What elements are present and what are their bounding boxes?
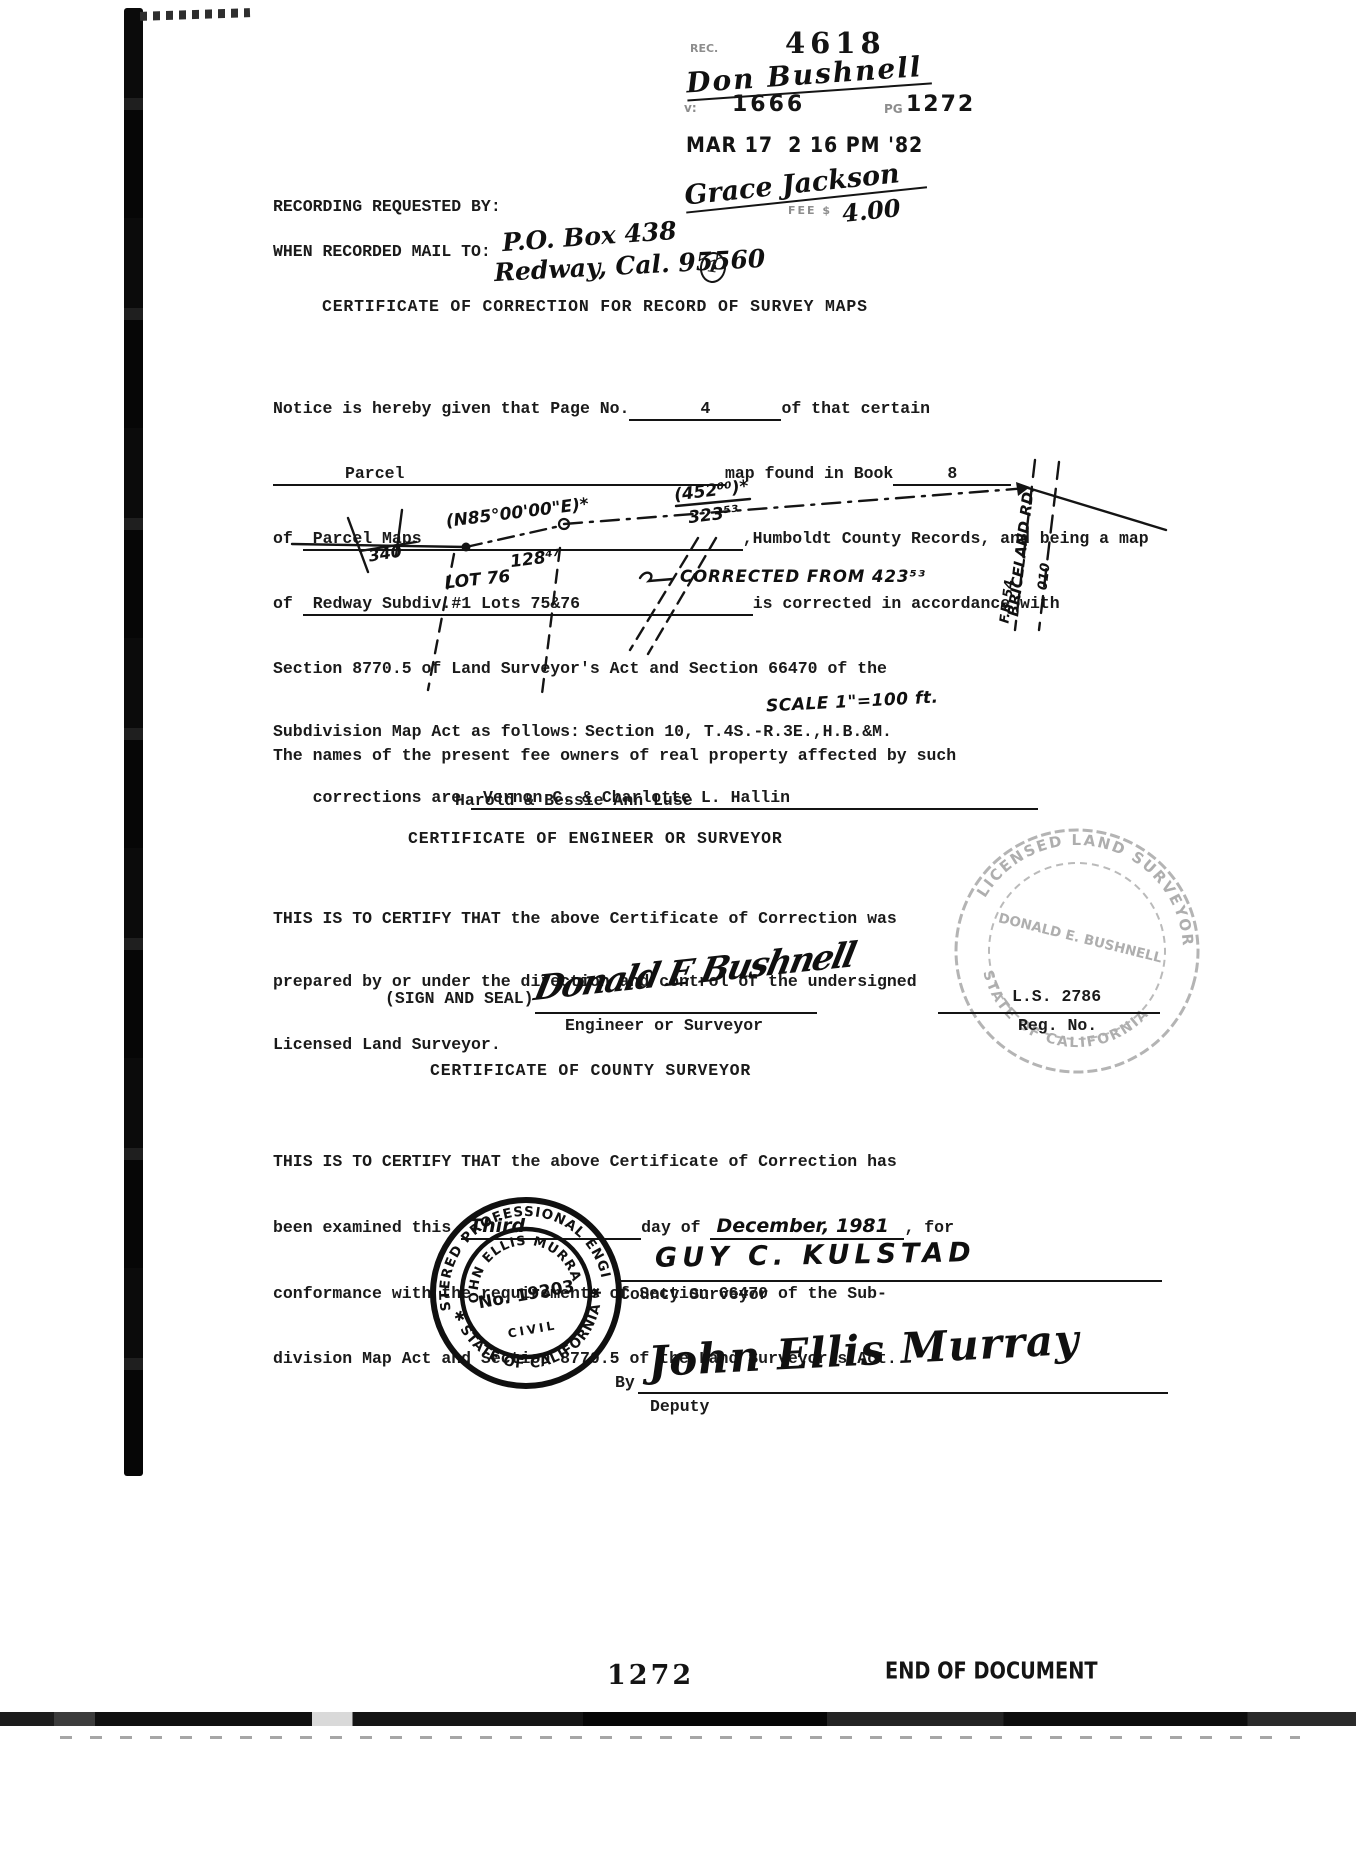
document-title: CERTIFICATE OF CORRECTION FOR RECORD OF … <box>322 296 868 317</box>
owner-2: Harold & Bessie Ann Luse <box>455 790 693 811</box>
double-dashed-line-1 <box>630 538 698 650</box>
measured-distance-label: 323⁵³ <box>687 502 740 528</box>
county-cert-dayof-text: day of <box>641 1218 700 1237</box>
county-surveyor-signature: GUY C. KULSTAD <box>655 1237 976 1274</box>
scan-edge-bar <box>124 8 143 1476</box>
county-cert-body-1: THIS IS TO CERTIFY THAT the above Certif… <box>273 1151 954 1173</box>
notice-line-1: Notice is hereby given that Page No.4of … <box>273 398 1149 421</box>
date-time-stamp: MAR 17 2 16 PM '82 <box>686 132 923 157</box>
svg-text:LICENSED LAND SURVEYOR: LICENSED LAND SURVEYOR <box>972 807 1218 953</box>
footer-page-stamp: 1272 <box>607 1660 694 1691</box>
correction-note: CORRECTED FROM 423⁵³ <box>680 567 926 586</box>
registration-line <box>938 1012 1160 1014</box>
lot-label: LOT 76 <box>444 567 512 594</box>
page-label: PG <box>884 102 903 116</box>
engineer-signature-caption: Engineer or Surveyor <box>565 1015 763 1036</box>
notice-l1-text: Notice is hereby given that Page No. <box>273 399 629 418</box>
county-cert-for-text: , for <box>904 1218 954 1237</box>
county-surveyor-caption: County Surveyor <box>620 1284 769 1305</box>
registration-number: L.S. 2786 <box>1012 986 1101 1007</box>
stamp-number: No. 19203 <box>477 1277 576 1314</box>
sketch-dashdot-line <box>564 488 1028 524</box>
seal-top-arc-text: LICENSED LAND SURVEYOR <box>972 807 1218 953</box>
notice-l1-end: of that certain <box>781 399 930 418</box>
road-dashed-line-2 <box>1039 462 1059 630</box>
sign-and-seal-label: (SIGN AND SEAL) <box>385 988 534 1009</box>
recorder-signature: Don Bushnell <box>685 50 932 102</box>
county-cert-heading: CERTIFICATE OF COUNTY SURVEYOR <box>430 1060 751 1081</box>
date-handwriting: December, 1981 <box>716 1215 888 1237</box>
sketch-bearing-segment <box>466 526 560 547</box>
double-dashed-line-2 <box>648 538 716 654</box>
fee-amount-handwriting: 4.00 <box>841 193 902 228</box>
registration-caption: Reg. No. <box>1018 1015 1097 1036</box>
mail-to-label: WHEN RECORDED MAIL TO: <box>273 241 491 262</box>
owners-line-1: The names of the present fee owners of r… <box>273 745 956 766</box>
stamp-branch: CIVIL <box>507 1318 558 1340</box>
county-surveyor-line <box>617 1280 1162 1282</box>
volume-number-stamp: 1666 <box>732 92 805 117</box>
engineer-cert-body-3: Licensed Land Surveyor. <box>273 1034 917 1055</box>
tick-value-label: 340 <box>367 542 403 566</box>
scan-bottom-smudge <box>0 1712 1356 1726</box>
scanned-document-page: 4618 REC. Don Bushnell v: 1666 PG 1272 M… <box>0 0 1356 1872</box>
recording-requested-label: RECORDING REQUESTED BY: <box>273 196 501 217</box>
scan-bottom-dots <box>60 1736 1300 1739</box>
survey-sketch: (N85°00'00"E)* 128⁴⁷ LOT 76 340 (452⁰⁰)*… <box>278 452 1178 708</box>
scan-top-squiggle <box>140 8 250 21</box>
engineer-cert-body-1: THIS IS TO CERTIFY THAT the above Certif… <box>273 908 917 929</box>
engineer-cert-heading: CERTIFICATE OF ENGINEER OR SURVEYOR <box>408 828 783 849</box>
deputy-line <box>638 1392 1168 1394</box>
date-fill: December, 1981 <box>710 1216 904 1241</box>
section-township-line: Section 10, T.4S.-R.3E.,H.B.&M. <box>585 721 892 742</box>
owners-line-2-label: corrections are <box>313 788 462 807</box>
deputy-caption: Deputy <box>650 1396 709 1417</box>
page-no-fill: 4 <box>629 398 781 421</box>
sketch-right-spur <box>1028 488 1166 530</box>
lot-dashed-line-2 <box>542 548 560 694</box>
rec-label: REC. <box>690 42 718 55</box>
by-label: By <box>615 1372 635 1393</box>
seal-center-name: DONALD E. BUSHNELL <box>997 910 1164 966</box>
page-number-stamp: 1272 <box>906 92 975 117</box>
road-ref-number: 010 <box>1035 562 1053 591</box>
surveyor-seal-stamp: LICENSED LAND SURVEYOR STATE OF CALIFORN… <box>921 795 1234 1108</box>
volume-label: v: <box>684 101 697 115</box>
engineer-signature-line <box>535 1012 817 1014</box>
end-of-document-label: END OF DOCUMENT <box>885 1658 1098 1684</box>
survey-point-dot <box>462 543 471 552</box>
engineer-stamp: REGISTERED PROFESSIONAL ENGINEER ✱ STATE… <box>409 1176 643 1410</box>
distance-128-label: 128⁴⁷ <box>509 546 562 572</box>
correction-leader <box>640 573 673 581</box>
fee-label: FEE $ <box>788 204 832 217</box>
